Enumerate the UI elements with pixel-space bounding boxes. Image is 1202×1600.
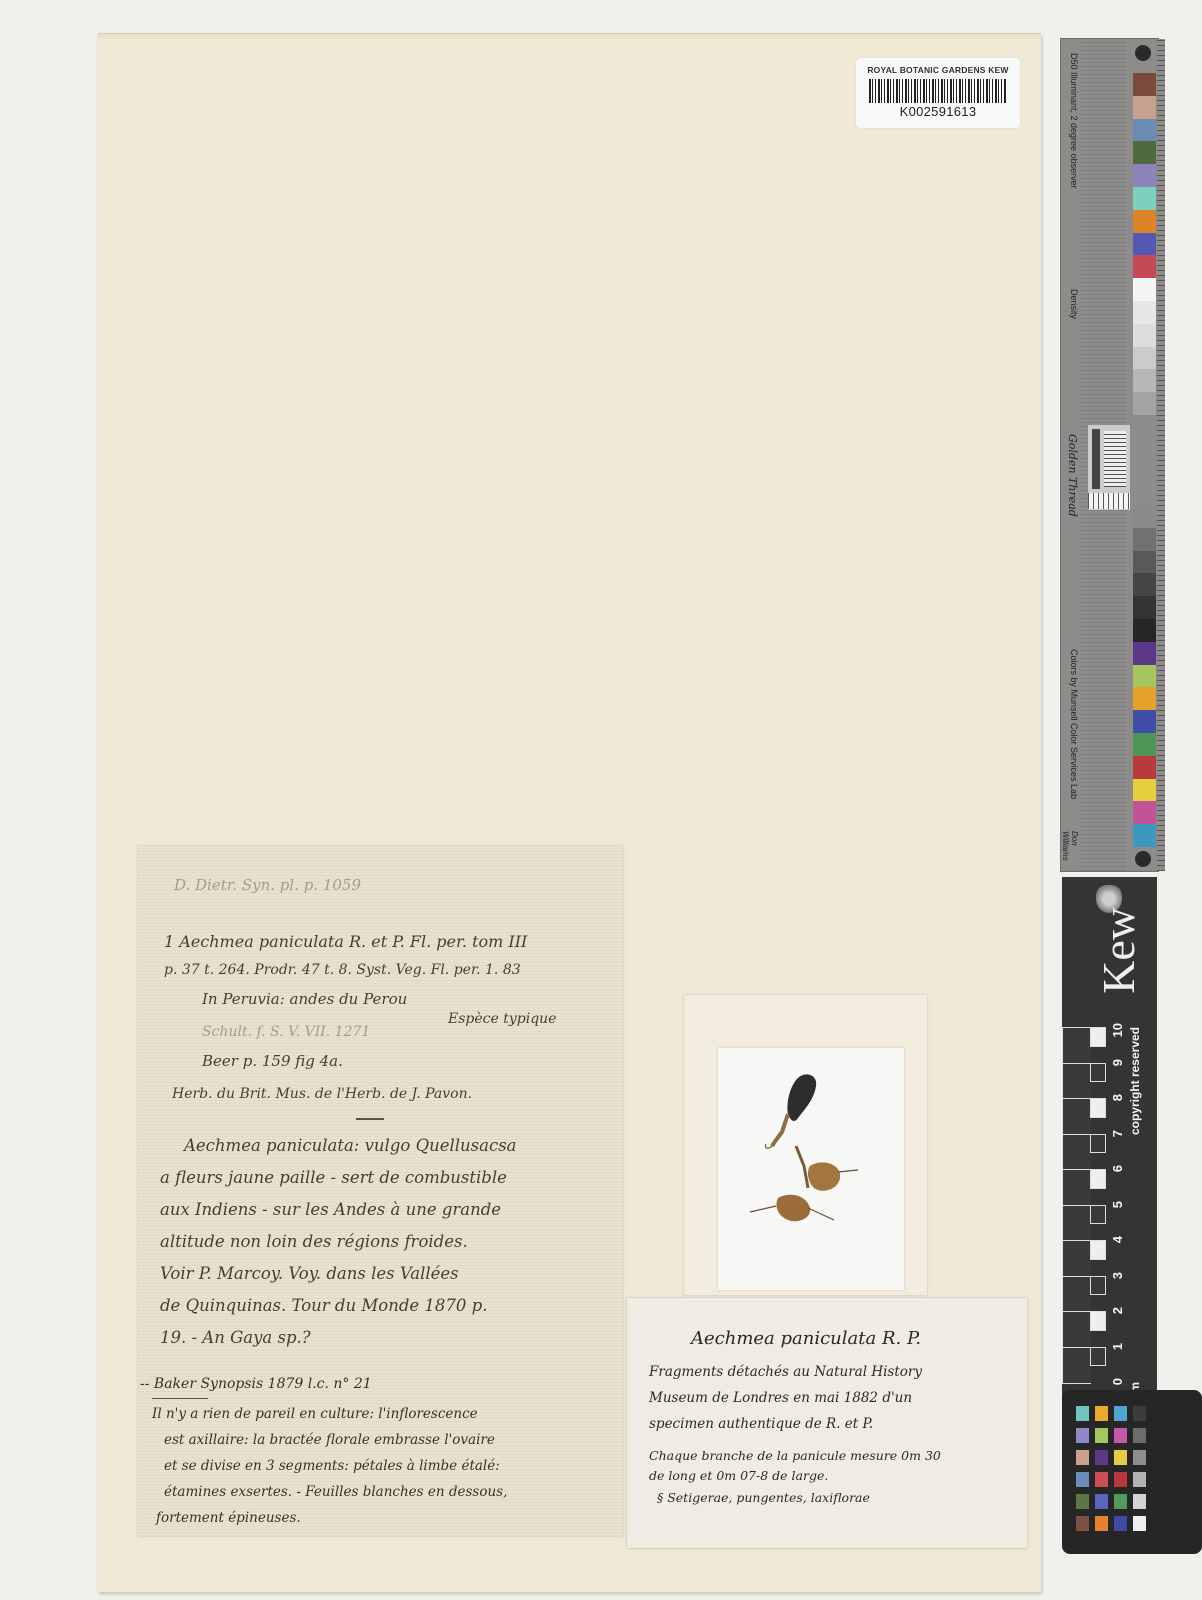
label-line: étamines exsertes. - Feuilles blanches e…	[164, 1484, 507, 1500]
color-chip	[1114, 1450, 1127, 1465]
density-label: Density	[1065, 289, 1079, 319]
cm-block	[1062, 1205, 1091, 1243]
label-line: 19. - An Gaya sp.?	[160, 1328, 311, 1347]
color-patch	[1133, 210, 1156, 233]
color-checker-card	[1062, 1390, 1202, 1554]
label-line: Beer p. 159 fig 4a.	[202, 1052, 343, 1070]
cm-block	[1062, 1347, 1091, 1385]
color-chip	[1076, 1472, 1089, 1487]
color-chip	[1114, 1428, 1127, 1443]
scale-number: 1	[1110, 1343, 1125, 1350]
label-line: et se divise en 3 segments: pétales à li…	[164, 1458, 500, 1474]
color-chip	[1076, 1406, 1089, 1421]
label-line: In Peruvia: andes du Perou	[202, 990, 407, 1008]
color-patch	[1133, 596, 1156, 619]
color-chip	[1114, 1516, 1127, 1531]
half-cm-block	[1090, 1134, 1106, 1154]
ruler-ticks	[1157, 39, 1165, 871]
gray-chip	[1133, 1406, 1146, 1421]
divider	[356, 1118, 384, 1120]
color-patch	[1133, 505, 1156, 528]
label-line: specimen authentique de R. et P.	[649, 1416, 873, 1432]
color-patch	[1133, 733, 1156, 756]
color-chip	[1076, 1428, 1089, 1443]
color-patch	[1133, 801, 1156, 824]
color-patch	[1133, 619, 1156, 642]
label-line: -- Baker Synopsis 1879 l.c. n° 21	[140, 1376, 372, 1392]
color-patch	[1133, 824, 1156, 847]
gray-chip	[1133, 1494, 1146, 1509]
illuminant-text: D50 Illuminant, 2 degree observer	[1065, 53, 1079, 189]
determination-label-left: D. Dietr. Syn. pl. p. 1059 1 Aechmea pan…	[138, 846, 623, 1536]
label-line: altitude non loin des régions froides.	[160, 1232, 468, 1251]
color-chip	[1076, 1450, 1089, 1465]
label-line: fortement épineuses.	[156, 1510, 301, 1526]
color-patch	[1133, 164, 1156, 187]
resolution-target	[1088, 425, 1130, 510]
color-patch	[1133, 96, 1156, 119]
label-line: Aechmea paniculata: vulgo Quellusacsa	[184, 1136, 517, 1155]
label-line: Herb. du Brit. Mus. de l'Herb. de J. Pav…	[172, 1086, 472, 1102]
half-cm-block	[1090, 1240, 1106, 1260]
color-patch	[1133, 687, 1156, 710]
label-line: Chaque branche de la panicule mesure 0m …	[649, 1448, 941, 1463]
credit-text: Colors by Munsell Color Services Lab	[1065, 649, 1079, 799]
color-patch	[1133, 233, 1156, 256]
color-chip	[1114, 1406, 1127, 1421]
dried-flower-specimen-icon	[718, 1048, 904, 1290]
gray-chip	[1133, 1450, 1146, 1465]
half-cm-block	[1090, 1169, 1106, 1189]
label-line: § Setigerae, pungentes, laxiflorae	[657, 1490, 870, 1505]
color-patch	[1133, 573, 1156, 596]
cm-block	[1062, 1027, 1091, 1065]
color-patch	[1133, 301, 1156, 324]
label-line: Il n'y a rien de pareil en culture: l'in…	[152, 1406, 478, 1422]
label-line: de long et 0m 07-8 de large.	[649, 1468, 828, 1483]
brand-text: Golden Thread	[1065, 434, 1079, 517]
color-chip	[1095, 1428, 1108, 1443]
scale-number: 4	[1110, 1236, 1125, 1243]
color-patch	[1133, 392, 1156, 415]
label-line: de Quinquinas. Tour du Monde 1870 p.	[160, 1296, 487, 1315]
cm-block	[1062, 1276, 1091, 1314]
label-title: Aechmea paniculata R. P.	[691, 1328, 921, 1349]
color-patch	[1133, 278, 1156, 301]
color-patch	[1133, 710, 1156, 733]
label-line: est axillaire: la bractée florale embras…	[164, 1432, 495, 1448]
color-patch	[1133, 255, 1156, 278]
color-patch	[1133, 73, 1156, 96]
color-chip	[1095, 1472, 1108, 1487]
cm-block	[1062, 1240, 1091, 1278]
color-chip	[1095, 1406, 1108, 1421]
half-cm-block	[1090, 1063, 1106, 1083]
color-chip	[1095, 1494, 1108, 1509]
scale-number: 5	[1110, 1201, 1125, 1208]
scale-number: 3	[1110, 1272, 1125, 1279]
cm-block	[1062, 1063, 1091, 1101]
half-cm-block	[1090, 1098, 1106, 1118]
label-line: 1 Aechmea paniculata R. et P. Fl. per. t…	[164, 932, 527, 951]
color-chip	[1114, 1494, 1127, 1509]
specimen-card	[718, 1048, 904, 1290]
color-patch	[1133, 369, 1156, 392]
scale-number: 8	[1110, 1094, 1125, 1101]
cm-block	[1062, 1098, 1091, 1136]
determination-label-right: Aechmea paniculata R. P. Fragments détac…	[627, 1298, 1027, 1548]
maker-text: Don Williams	[1065, 831, 1079, 871]
color-patch	[1133, 347, 1156, 370]
color-chip	[1076, 1494, 1089, 1509]
scale-number: 2	[1110, 1307, 1125, 1314]
barcode-number: K002591613	[856, 104, 1020, 119]
label-line: Fragments détachés au Natural History	[649, 1364, 922, 1380]
label-line: a fleurs jaune paille - sert de combusti…	[160, 1168, 507, 1187]
color-patch	[1133, 141, 1156, 164]
cm-block	[1062, 1134, 1091, 1172]
color-chip	[1076, 1516, 1089, 1531]
cm-block	[1062, 1311, 1091, 1349]
half-cm-block	[1090, 1347, 1106, 1367]
ruler-hole-bottom	[1135, 851, 1151, 867]
color-patch	[1133, 642, 1156, 665]
color-patch	[1133, 187, 1156, 210]
half-cm-block	[1090, 1027, 1106, 1047]
kew-scale-bar: Kew copyright reserved 109876543210 cm	[1062, 877, 1157, 1397]
gray-chip	[1133, 1516, 1146, 1531]
cm-block	[1062, 1169, 1091, 1207]
half-cm-block	[1090, 1276, 1106, 1296]
label-line: D. Dietr. Syn. pl. p. 1059	[174, 876, 361, 894]
scale-number: 6	[1110, 1165, 1125, 1172]
color-chip	[1095, 1516, 1108, 1531]
color-patch	[1133, 779, 1156, 802]
label-line: p. 37 t. 264. Prodr. 47 t. 8. Syst. Veg.…	[164, 962, 521, 978]
color-patch	[1133, 119, 1156, 142]
ruler-hole-top	[1135, 45, 1151, 61]
color-patch	[1133, 551, 1156, 574]
color-chip	[1095, 1450, 1108, 1465]
institution-name: ROYAL BOTANIC GARDENS KEW	[856, 65, 1020, 75]
scale-number: 10	[1110, 1023, 1125, 1037]
label-line: Schult. f. S. V. VII. 1271	[202, 1024, 370, 1040]
scale-number: 0	[1110, 1378, 1125, 1385]
color-patch	[1133, 756, 1156, 779]
kew-logo: Kew	[1092, 907, 1145, 994]
copyright-text: copyright reserved	[1128, 1027, 1142, 1135]
barcode-bars	[869, 79, 1007, 103]
color-chip	[1114, 1472, 1127, 1487]
half-cm-block	[1090, 1205, 1106, 1225]
gray-chip	[1133, 1472, 1146, 1487]
color-patch	[1133, 528, 1156, 551]
color-patch	[1133, 324, 1156, 347]
barcode-label: ROYAL BOTANIC GARDENS KEW K002591613	[856, 58, 1020, 128]
label-line: Museum de Londres en mai 1882 d'un	[649, 1390, 912, 1406]
color-patch	[1133, 665, 1156, 688]
gray-chip	[1133, 1428, 1146, 1443]
scale-number: 9	[1110, 1059, 1125, 1066]
label-line: aux Indiens - sur les Andes à une grande	[160, 1200, 501, 1219]
label-line: Voir P. Marcoy. Voy. dans les Vallées	[160, 1264, 459, 1283]
half-cm-block	[1090, 1311, 1106, 1331]
label-line: Espèce typique	[448, 1011, 556, 1027]
divider	[152, 1398, 208, 1399]
scale-number: 7	[1110, 1130, 1125, 1137]
